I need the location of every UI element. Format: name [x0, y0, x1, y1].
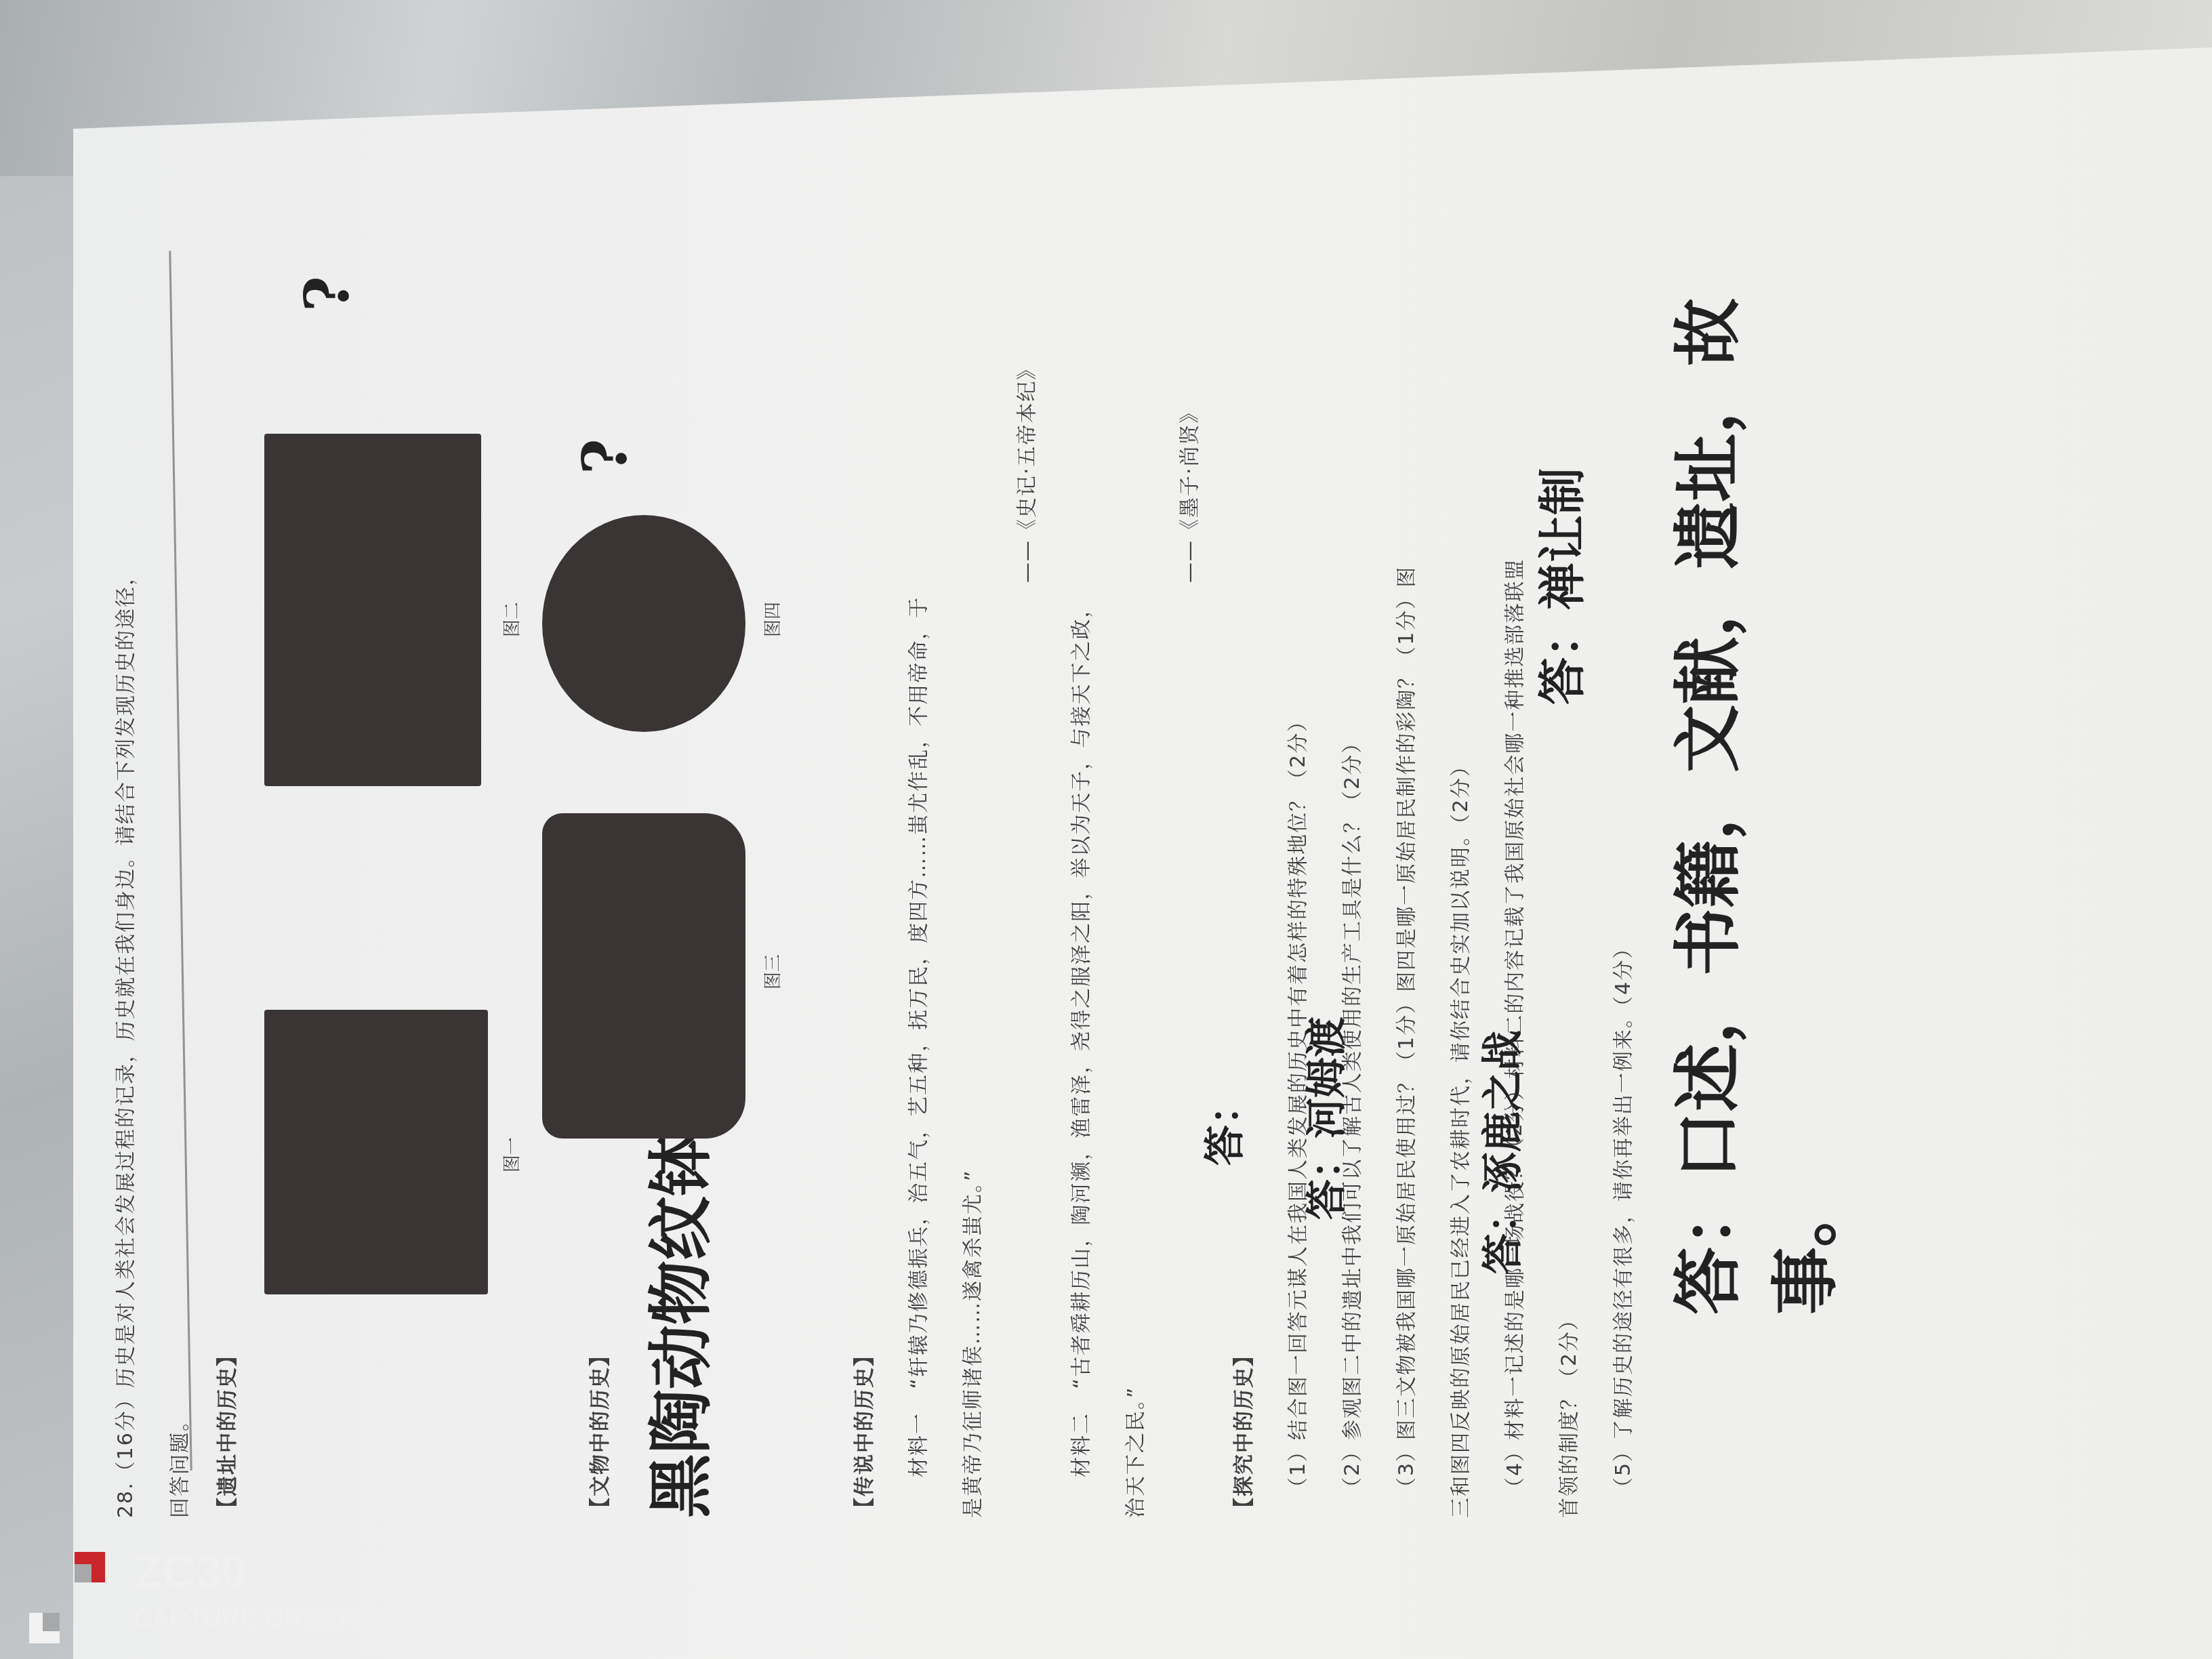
figure-3-image	[542, 813, 745, 1139]
camera-model: ZC30	[134, 1545, 247, 1598]
figure-4-image	[542, 515, 745, 732]
handwritten-mark-1: ?	[291, 276, 363, 312]
question-3-cont: 三和图四反映的原始居民已经进入了农耕时代，请你结合史实加以说明。（2分）	[1443, 755, 1473, 1518]
material-1-cont: 是黄帝乃征师诸侯……遂禽杀蚩尤。”	[956, 1169, 985, 1518]
handwritten-mark-2: ?	[569, 438, 641, 474]
material-1: 材料一 “轩辕乃修德振兵，治五气，艺五种，抚万民，度四方……蚩尤作乱，不用帝命，…	[901, 596, 931, 1477]
handwritten-q2-answer: 答：河姆渡	[1294, 1017, 1353, 1220]
section-legend: 【传说中的历史】	[847, 1345, 877, 1518]
camera-tagline: CAPTURE GREATNESS	[134, 1605, 422, 1634]
figure-2-label: 图二	[498, 602, 523, 637]
section-relic: 【文物中的历史】	[583, 1345, 613, 1518]
question-intro: 28.（16分）历史是对人类社会发展过程的记录，历史就在我们身边。请结合下列发现…	[108, 564, 138, 1518]
figure-1-label: 图一	[498, 1137, 523, 1172]
material-2-cont: 治天下之民。”	[1118, 1386, 1148, 1518]
handwritten-q5-answer: 答：口述，书籍，文献，遗址，故事。	[1654, 230, 1849, 1315]
question-3: （3）图三文物被我国哪一原始居民使用过？（1分）图四是哪一原始居民制作的彩陶？（…	[1389, 566, 1419, 1498]
handwritten-q1-answer: 答：	[1193, 1084, 1251, 1166]
figure-4-label: 图四	[759, 602, 784, 637]
question-5: （5）了解历史的途径有很多，请你再举出一例来。（4分）	[1606, 937, 1636, 1498]
section-explore: 【探究中的历史】	[1227, 1345, 1256, 1518]
section-site: 【遗址中的历史】	[210, 1345, 240, 1518]
material-2-source: ——《墨子·尚贤》	[1172, 401, 1202, 583]
handwritten-q4b-answer: 答：禅让制	[1525, 468, 1593, 705]
material-1-source: ——《史记·五帝本纪》	[1010, 358, 1040, 583]
material-2: 材料二 “古者舜耕历山，陶河濒，渔雷泽，尧得之服泽之阳，举以为天子，与接天下之政…	[1064, 596, 1094, 1477]
brand-corner-red-icon	[75, 1552, 105, 1582]
question-4-cont: 首领的制度？（2分）	[1552, 1309, 1582, 1518]
rotated-exam-content: 28.（16分）历史是对人类社会发展过程的记录，历史就在我们身边。请结合下列发现…	[108, 230, 2074, 1518]
figure-1-image	[264, 1010, 488, 1294]
figure-2-image	[264, 434, 481, 786]
figure-3-label: 图三	[759, 954, 784, 989]
brand-corner-white-icon	[29, 1613, 60, 1643]
camera-watermark: ZC30 CAPTURE GREATNESS	[0, 1525, 474, 1659]
handwritten-relic-answer: 黑陶动物纹钵	[630, 1132, 722, 1518]
handwritten-q4a-answer: 答：涿鹿之战	[1471, 1030, 1529, 1274]
question-intro-cont: 回答问题。	[163, 1410, 192, 1518]
question-4: （4）材料一记述的是哪一场战役？（2分）材料二的内容记载了我国原始社会哪一种推选…	[1498, 558, 1528, 1498]
